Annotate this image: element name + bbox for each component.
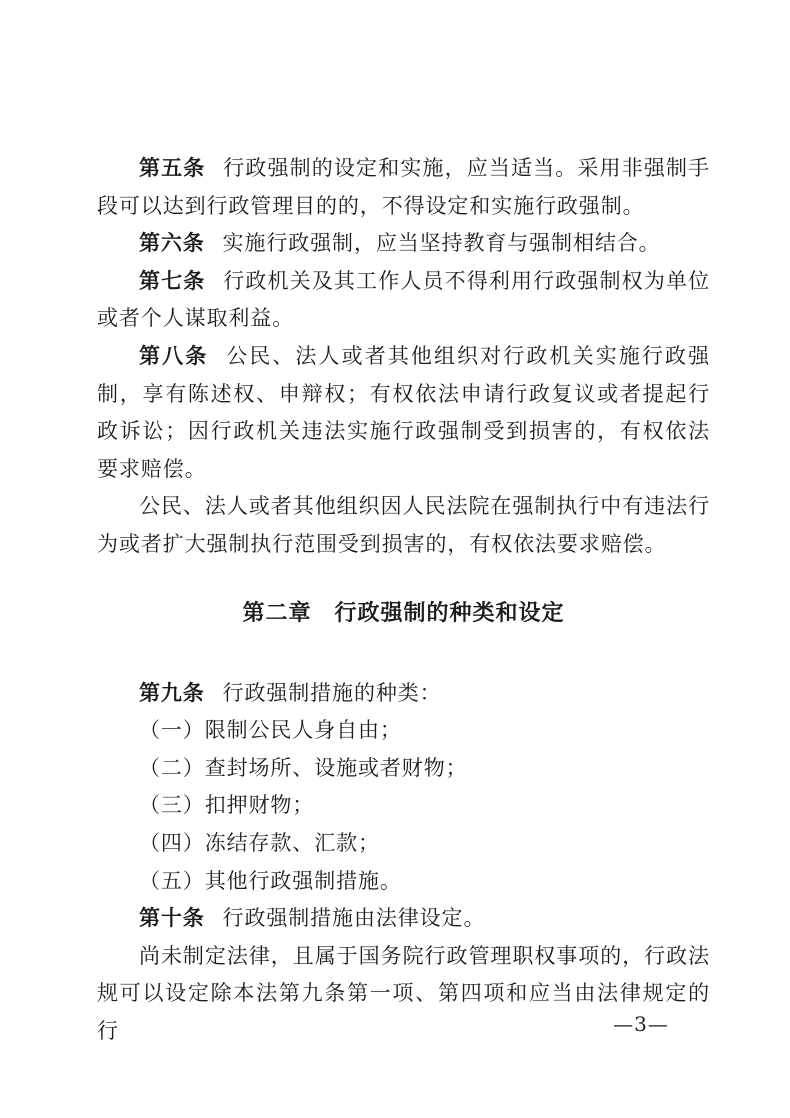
- article-number-label: 第五条: [139, 156, 205, 180]
- article-number-label: 第九条: [139, 681, 205, 705]
- article-paragraph: 第五条行政强制的设定和实施，应当适当。采用非强制手段可以达到行政管理目的的，不得…: [97, 150, 710, 225]
- article-paragraph: 第九条行政强制措施的种类：: [97, 675, 710, 713]
- article-number-label: 第七条: [139, 269, 205, 293]
- enumerated-item: （五）其他行政强制措施。: [97, 863, 710, 901]
- paragraph-text: （一）限制公民人身自由；: [139, 718, 402, 742]
- enumerated-item: （一）限制公民人身自由；: [97, 712, 710, 750]
- page-number: —3—: [595, 1012, 687, 1036]
- paragraph-text: 行政强制措施由法律设定。: [223, 906, 486, 930]
- document-body: 第五条行政强制的设定和实施，应当适当。采用非强制手段可以达到行政管理目的的，不得…: [97, 150, 710, 1050]
- paragraph-text: （二）查封场所、设施或者财物；: [139, 756, 468, 780]
- paragraph-text: 公民、法人或者其他组织因人民法院在强制执行中有违法行为或者扩大强制执行范围受到损…: [97, 494, 710, 556]
- chapter-heading: 第二章 行政强制的种类和设定: [97, 595, 710, 633]
- article-number-label: 第八条: [139, 344, 208, 368]
- paragraph-text: 实施行政强制，应当坚持教育与强制相结合。: [223, 231, 661, 255]
- paragraph: 公民、法人或者其他组织因人民法院在强制执行中有违法行为或者扩大强制执行范围受到损…: [97, 488, 710, 563]
- article-paragraph: 第八条公民、法人或者其他组织对行政机关实施行政强制，享有陈述权、申辩权；有权依法…: [97, 338, 710, 488]
- article-number-label: 第六条: [139, 231, 205, 255]
- enumerated-item: （四）冻结存款、汇款；: [97, 825, 710, 863]
- paragraph-text: （四）冻结存款、汇款；: [139, 831, 380, 855]
- enumerated-item: （三）扣押财物；: [97, 787, 710, 825]
- document-page: 第五条行政强制的设定和实施，应当适当。采用非强制手段可以达到行政管理目的的，不得…: [0, 0, 790, 1118]
- paragraph-text: （五）其他行政强制措施。: [139, 869, 402, 893]
- paragraph-text: 行政强制措施的种类：: [223, 681, 442, 705]
- paragraph-text: （三）扣押财物；: [139, 793, 314, 817]
- article-paragraph: 第六条实施行政强制，应当坚持教育与强制相结合。: [97, 225, 710, 263]
- enumerated-item: （二）查封场所、设施或者财物；: [97, 750, 710, 788]
- article-paragraph: 第十条行政强制措施由法律设定。: [97, 900, 710, 938]
- article-paragraph: 第七条行政机关及其工作人员不得利用行政强制权为单位或者个人谋取利益。: [97, 263, 710, 338]
- article-number-label: 第十条: [139, 906, 205, 930]
